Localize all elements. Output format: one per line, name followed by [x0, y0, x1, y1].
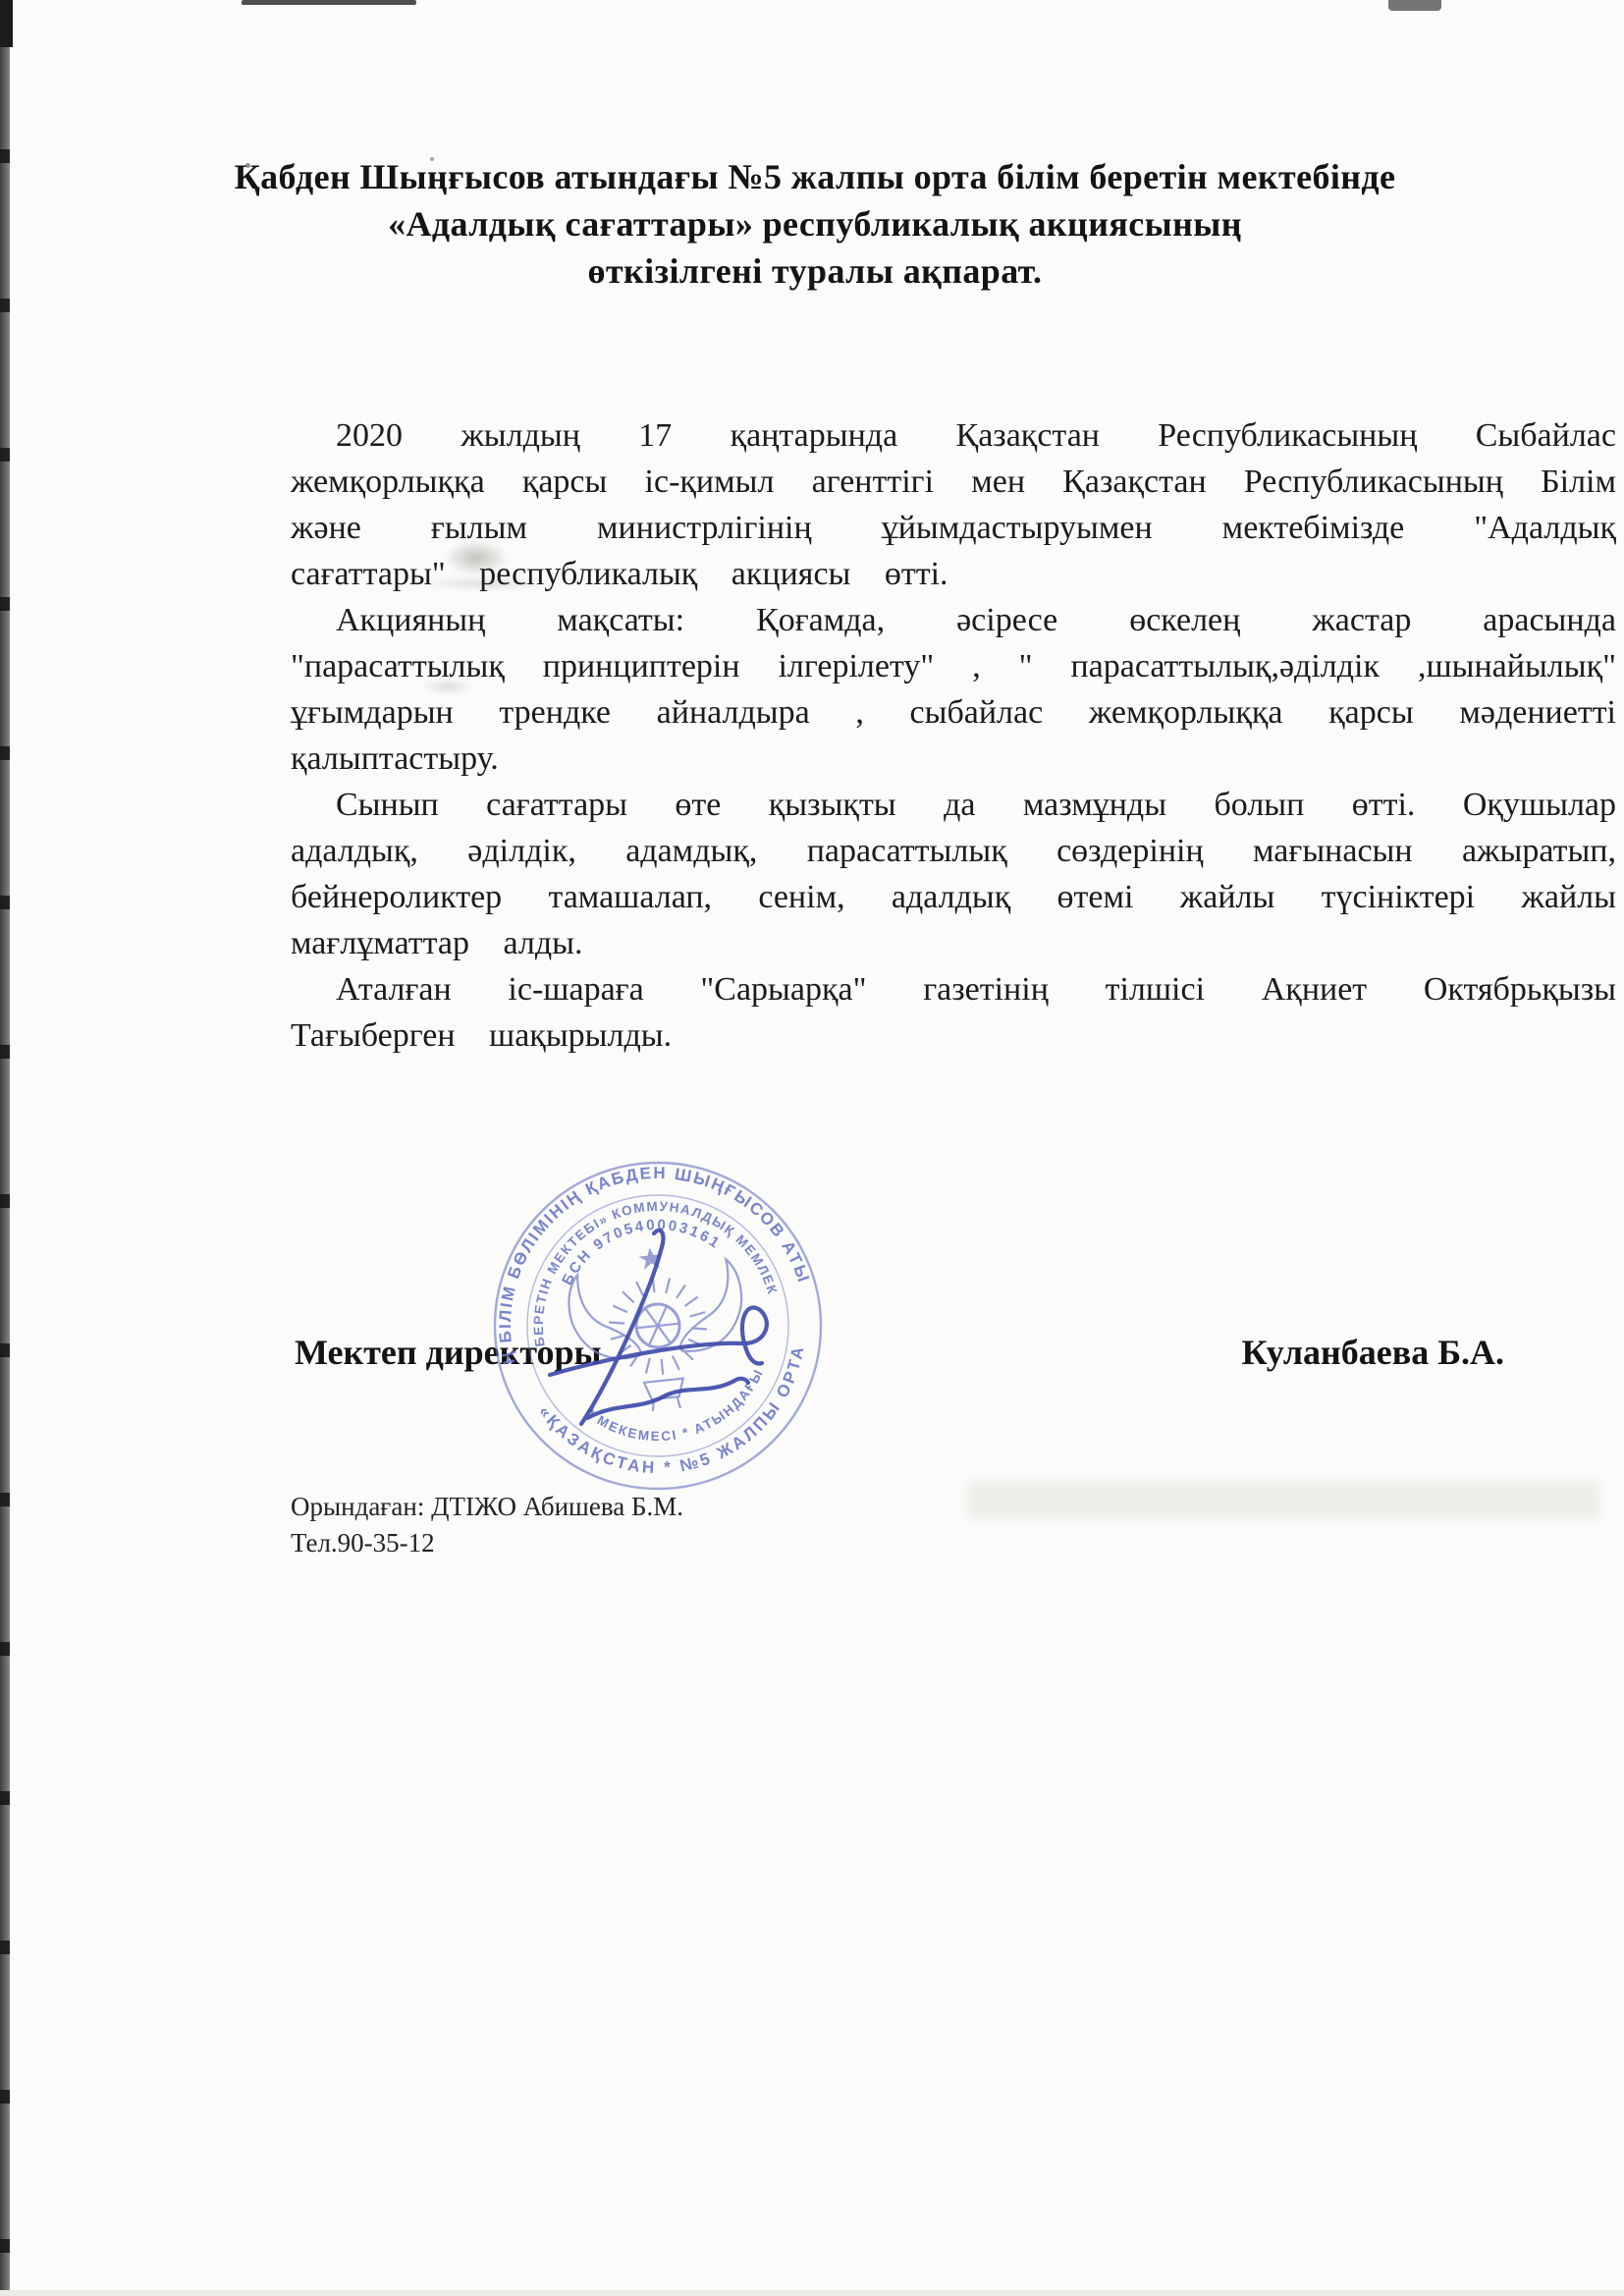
scan-left-edge-notches: [0, 0, 10, 2296]
scan-bottom-edge-artifact: [0, 2290, 1624, 2296]
title-line: Қабден Шыңғысов атындағы №5 жалпы орта б…: [196, 153, 1434, 200]
body-paragraph: 2020 жылдың 17 қаңтарында Қазақстан Респ…: [291, 412, 1616, 597]
document-title: Қабден Шыңғысов атындағы №5 жалпы орта б…: [196, 153, 1434, 295]
body-paragraph: Акцияның мақсаты: Қоғамда, әсіресе өскел…: [291, 597, 1616, 782]
body-paragraph: Аталған іс-шараға "Сарыарқа" газетінің т…: [291, 966, 1616, 1059]
title-line: өткізілгені туралы ақпарат.: [196, 247, 1434, 295]
phone-line: Тел.90-35-12: [291, 1525, 683, 1561]
stamp-graphic: СЫНЫҢ БІЛІМ БӨЛІМІНІҢ ҚАБДЕН ШЫҢҒЫСОВ АТ…: [489, 1157, 827, 1495]
scan-top-edge-artifact: [242, 0, 416, 5]
scan-top-left-corner-artifact: [0, 0, 13, 47]
scan-smudge: [967, 1481, 1600, 1520]
title-line: «Адалдық сағаттары» республикалық акцияс…: [196, 200, 1434, 247]
document-body: 2020 жылдың 17 қаңтарында Қазақстан Респ…: [291, 412, 1616, 1059]
signature-row: Мектеп директоры Куланбаева Б.А.: [295, 1332, 1504, 1373]
document-footer: Орындаған: ДТІЖО Абишева Б.М. Тел.90-35-…: [291, 1489, 683, 1561]
body-paragraph: Сынып сағаттары өте қызықты да мазмұнды …: [291, 782, 1616, 966]
scanned-document-page: Қабден Шыңғысов атындағы №5 жалпы орта б…: [0, 0, 1624, 2296]
scan-top-right-artifact: [1388, 0, 1441, 11]
signer-name: Куланбаева Б.А.: [1242, 1332, 1504, 1373]
official-stamp: СЫНЫҢ БІЛІМ БӨЛІМІНІҢ ҚАБДЕН ШЫҢҒЫСОВ АТ…: [489, 1157, 827, 1495]
executor-line: Орындаған: ДТІЖО Абишева Б.М.: [291, 1489, 683, 1525]
